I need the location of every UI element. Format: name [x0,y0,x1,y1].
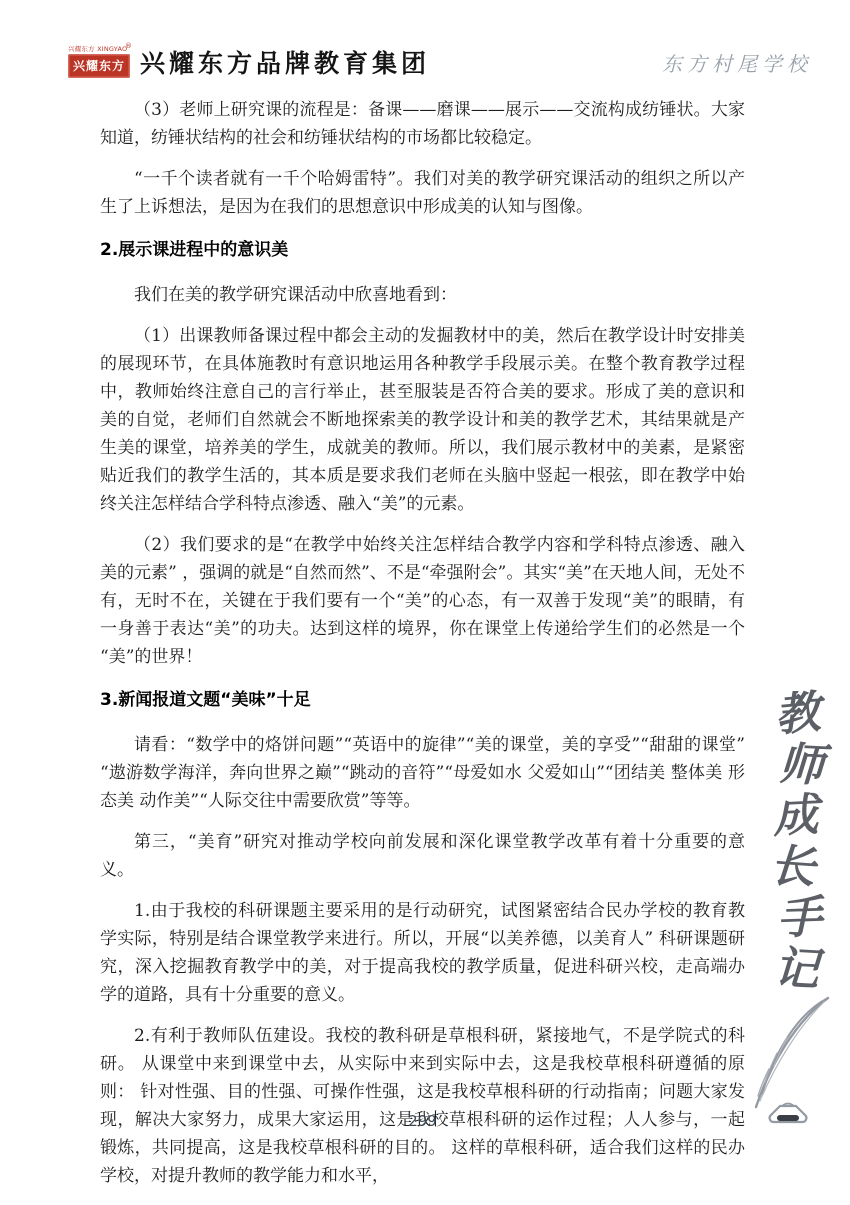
brand-seal-icon: 兴耀东方 [68,54,130,78]
calligraphy-char: 成 [772,789,820,842]
calligraphy-char: 师 [778,738,826,791]
body-paragraph: 2.有利于教师队伍建设。我校的教科研是草根科研，紧接地气，不是学院式的科研。 从… [100,1022,745,1190]
section-heading: 3.新闻报道文题“美味”十足 [100,686,745,714]
organization-title: 兴耀东方品牌教育集团 [140,44,430,80]
page-footer: 299 [100,1112,745,1130]
body-paragraph: （2）我们要求的是“在教学中始终关注怎样结合教学内容和学科特点渗透、融入美的元素… [100,531,745,671]
school-name: 东方村尾学校 [662,48,812,77]
brand-logo: 兴耀东方 XINGYAO 兴耀东方 ® [68,46,130,78]
brand-logo-small-text: 兴耀东方 XINGYAO [68,46,130,53]
body-paragraph: 请看：“数学中的烙饼问题”“英语中的旋律”“美的课堂，美的享受”“甜甜的课堂”“… [100,731,745,815]
quill-pen-icon [738,993,838,1133]
calligraphy-char: 教 [773,686,822,741]
body-paragraph: （1）出课教师备课过程中都会主动的发掘教材中的美，然后在教学设计时安排美的展现环… [100,322,745,518]
body-paragraph: 我们在美的教学研究课活动中欣喜地看到： [100,281,745,309]
body-paragraph: “一千个读者就有一千个哈姆雷特”。我们对美的教学研究课活动的组织之所以产生了上诉… [100,165,745,221]
body-paragraph: 1.由于我校的科研课题主要采用的是行动研究，试图紧密结合民办学校的教育教学实际，… [100,897,745,1009]
registered-trademark-icon: ® [125,42,132,50]
calligraphy-char: 记 [773,942,821,995]
page-header: 兴耀东方 XINGYAO 兴耀东方 ® 兴耀东方品牌教育集团 东方村尾学校 [68,44,812,80]
quill-pen-illustration [738,993,838,1133]
page-number: 299 [408,1112,437,1130]
body-paragraph: （3）老师上研究课的流程是：备课——磨课——展示——交流构成纺锤状。大家知道，纺… [100,96,745,152]
body-paragraph: 第三，“美育”研究对推动学校向前发展和深化课堂教学改革有着十分重要的意义。 [100,828,745,884]
calligraphy-char: 手 [777,891,824,944]
section-heading: 2.展示课进程中的意识美 [100,236,745,264]
calligraphy-char: 长 [769,839,817,893]
document-page: 兴耀东方 XINGYAO 兴耀东方 ® 兴耀东方品牌教育集团 东方村尾学校 （3… [0,0,850,1205]
calligraphy-watermark: 教师成长手记 [762,688,828,994]
document-body: （3）老师上研究课的流程是：备课——磨课——展示——交流构成纺锤状。大家知道，纺… [100,96,745,1203]
